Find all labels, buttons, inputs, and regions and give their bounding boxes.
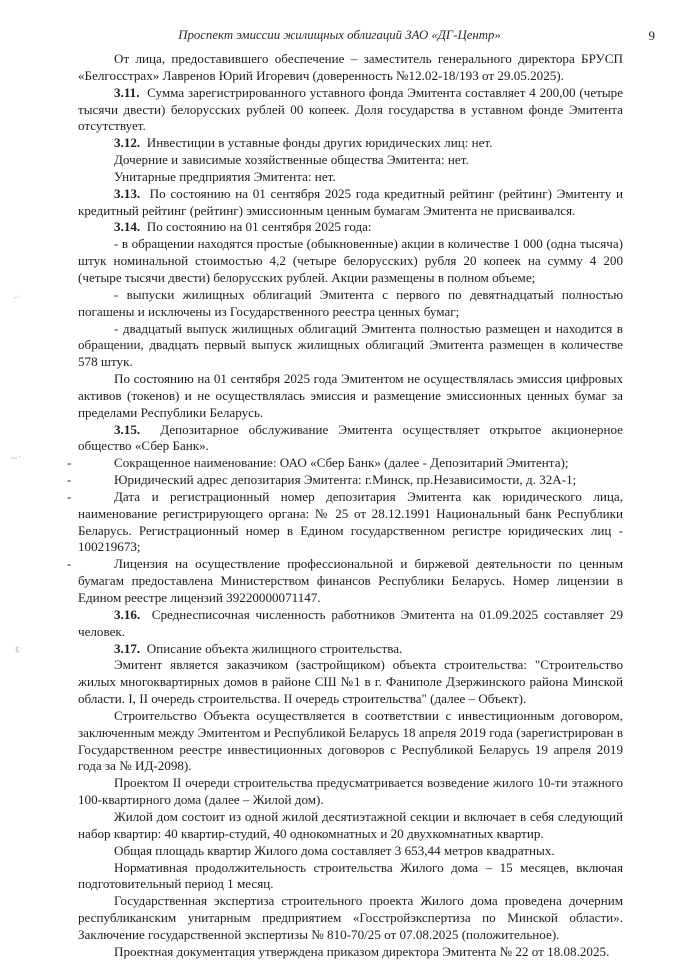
paragraph: 3.12. Инвестиции в уставные фонды других… [78,135,623,152]
section-number: 3.16. [114,607,146,622]
paragraph-text: Государственная экспертиза строительного… [78,893,623,942]
section-number: 3.13. [114,186,145,201]
paragraph: 3.15. Депозитарное обслуживание Эмитента… [78,422,623,456]
section-number: 3.14. [114,219,143,234]
section-number: 3.15. [114,422,150,437]
paragraph: Государственная экспертиза строительного… [78,893,623,944]
paragraph: Проектная документация утверждена приказ… [78,944,623,960]
section-number: 3.12. [114,135,143,150]
paragraph: Общая площадь квартир Жилого дома состав… [78,843,623,860]
bullet-dash: - [67,556,77,573]
paragraph: 3.11. Сумма зарегистрированного уставног… [78,85,623,136]
paragraph-text: Юридический адрес депозитария Эмитента: … [114,472,576,487]
document-page: Проспект эмиссии жилищных облигаций ЗАО … [0,0,679,960]
paragraph-text: - двадцатый выпуск жилищных облигаций Эм… [78,321,623,370]
paragraph-text: Общая площадь квартир Жилого дома состав… [114,843,555,858]
scan-artifact: ε· [14,643,24,655]
paragraph: Жилой дом состоит из одной жилой десятиэ… [78,809,623,843]
document-body: От лица, предоставившего обеспечение – з… [78,51,623,960]
paragraph-text: Проектная документация утверждена приказ… [114,944,609,959]
paragraph: Эмитент является заказчиком (застройщико… [78,657,623,708]
paragraph-text: Депозитарное обслуживание Эмитента осуще… [78,422,623,454]
paragraph: - Дата и регистрационный номер депозитар… [78,489,623,556]
bullet-dash: - [67,455,77,472]
paragraph: - двадцатый выпуск жилищных облигаций Эм… [78,321,623,372]
paragraph: По состоянию на 01 сентября 2025 года Эм… [78,371,623,422]
scan-artifact: -· [13,292,21,304]
paragraph: Строительство Объекта осуществляется в с… [78,708,623,775]
paragraph-text: Дочерние и зависимые хозяйственные общес… [114,152,469,167]
paragraph: От лица, предоставившего обеспечение – з… [78,51,623,85]
paragraph-text: Сумма зарегистрированного уставного фонд… [78,85,623,134]
paragraph-text: По состоянию на 01 сентября 2025 года Эм… [78,371,623,420]
paragraph: Унитарные предприятия Эмитента: нет. [78,169,623,186]
paragraph: 3.16. Среднесписочная численность работн… [78,607,623,641]
paragraph: Нормативная продолжительность строительс… [78,860,623,894]
paragraph: - Лицензия на осуществление профессионал… [78,556,623,607]
paragraph-text: - выпуски жилищных облигаций Эмитента с … [78,287,623,319]
page-number: 9 [649,28,656,44]
paragraph: Проектом II очереди строительства предус… [78,775,623,809]
paragraph-text: Сокращенное наименование: ОАО «Сбер Банк… [114,455,569,470]
paragraph-text: Проектом II очереди строительства предус… [78,775,623,807]
paragraph-text: Описание объекта жилищного строительства… [147,641,403,656]
paragraph-text: Жилой дом состоит из одной жилой десятиэ… [78,809,623,841]
paragraph-text: Эмитент является заказчиком (застройщико… [78,657,623,706]
paragraph-text: От лица, предоставившего обеспечение – з… [78,51,623,83]
paragraph-text: - в обращении находятся простые (обыкнов… [78,236,623,285]
paragraph: 3.14. По состоянию на 01 сентября 2025 г… [78,219,623,236]
paragraph-text: Среднесписочная численность работников Э… [78,607,623,639]
bullet-dash: - [67,489,77,506]
paragraph: 3.13. По состоянию на 01 сентября 2025 г… [78,186,623,220]
running-header-title: Проспект эмиссии жилищных облигаций ЗАО … [70,28,609,43]
paragraph: - в обращении находятся простые (обыкнов… [78,236,623,287]
paragraph: - Сокращенное наименование: ОАО «Сбер Ба… [78,455,623,472]
paragraph: - выпуски жилищных облигаций Эмитента с … [78,287,623,321]
paragraph-text: По состоянию на 01 сентября 2025 года: [147,219,372,234]
paragraph: Дочерние и зависимые хозяйственные общес… [78,152,623,169]
paragraph-text: Лицензия на осуществление профессиональн… [78,556,623,605]
paragraph: - Юридический адрес депозитария Эмитента… [78,472,623,489]
paragraph-text: По состоянию на 01 сентября 2025 года кр… [78,186,623,218]
paragraph-text: Унитарные предприятия Эмитента: нет. [114,169,336,184]
section-number: 3.11. [114,85,143,100]
paragraph: 3.17. Описание объекта жилищного строите… [78,641,623,658]
scan-artifact: ~· [9,452,22,465]
paragraph-text: Инвестиции в уставные фонды других юриди… [147,135,493,150]
paragraph-text: Нормативная продолжительность строительс… [78,860,623,892]
bullet-dash: - [67,472,77,489]
paragraph-text: Дата и регистрационный номер депозитария… [78,489,623,555]
section-number: 3.17. [114,641,143,656]
paragraph-text: Строительство Объекта осуществляется в с… [78,708,623,774]
